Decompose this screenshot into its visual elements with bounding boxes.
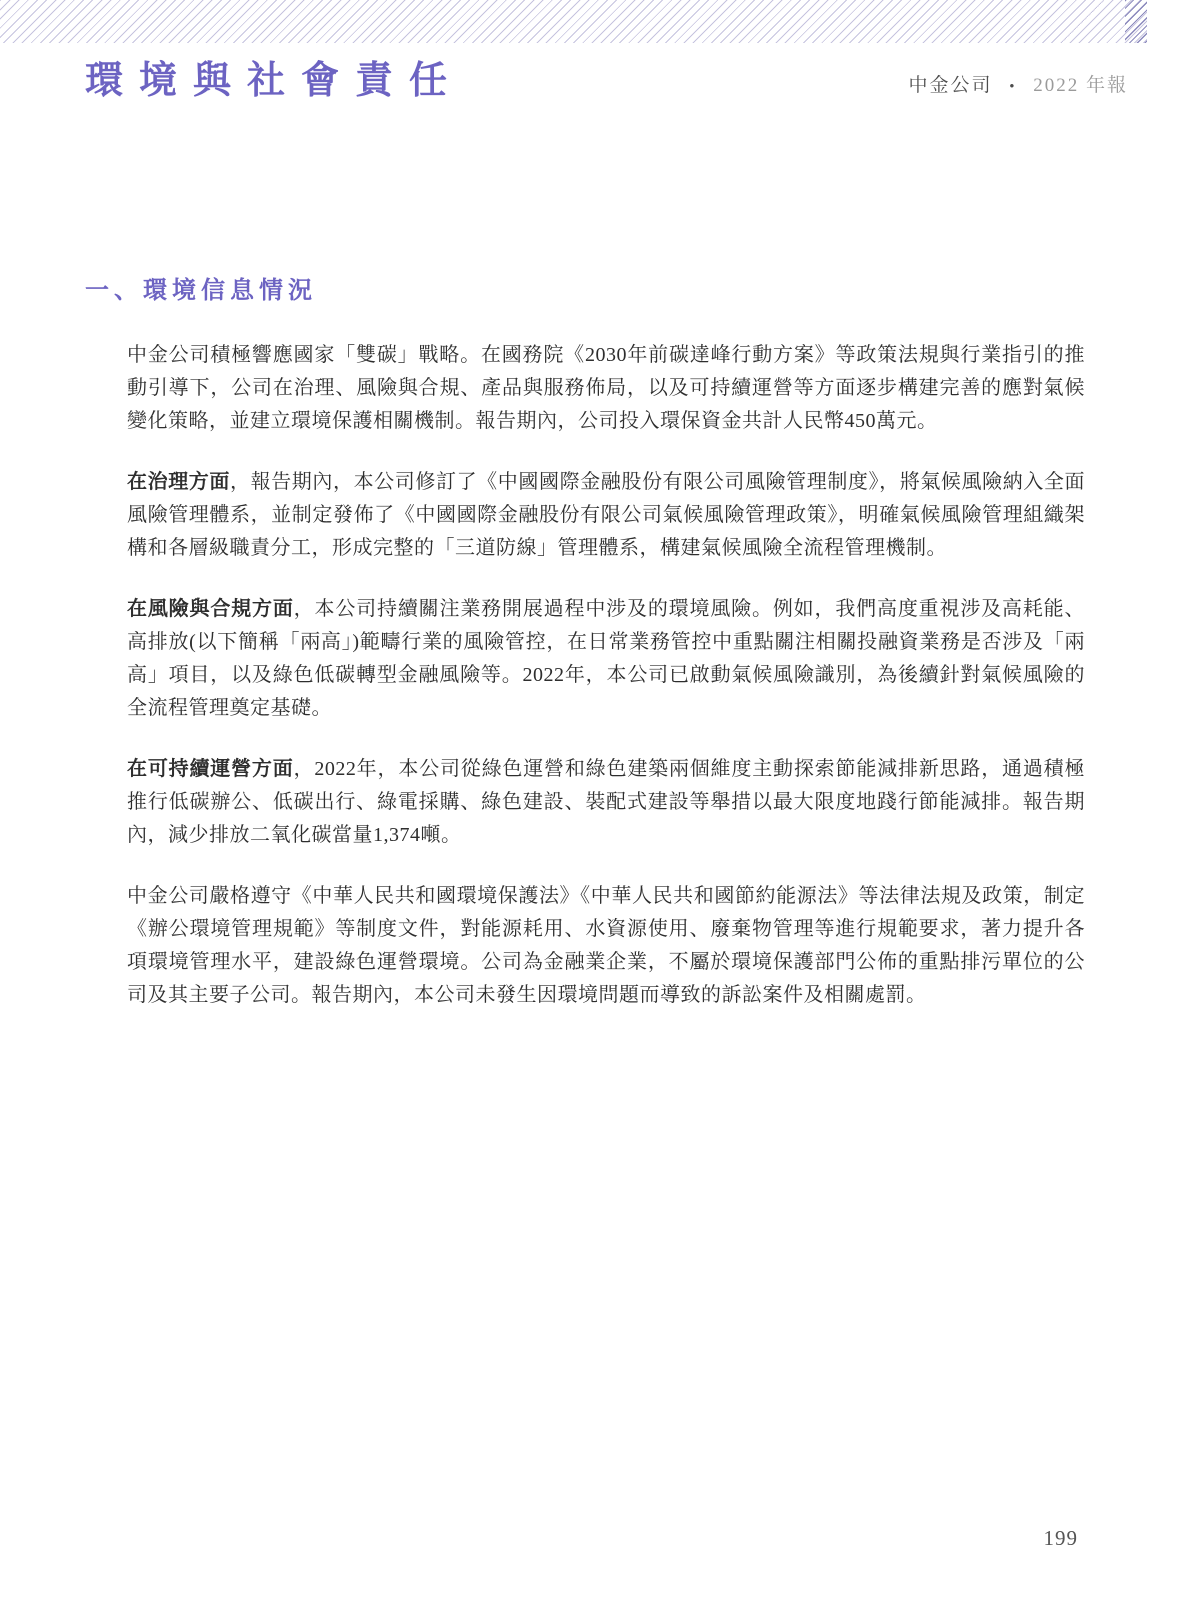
paragraph: 中金公司嚴格遵守《中華人民共和國環境保護法》《中華人民共和國節約能源法》等法律法… bbox=[127, 880, 1085, 1012]
paragraph-text: ，報告期內，本公司修訂了《中國國際金融股份有限公司風險管理制度》，將氣候風險納入… bbox=[127, 471, 1085, 559]
page-title: 環境與社會責任 bbox=[85, 56, 463, 106]
page-number: 199 bbox=[1044, 1526, 1079, 1551]
header-meta: 中金公司 • 2022 年報 bbox=[908, 70, 1128, 97]
report-page: 環境與社會責任 中金公司 • 2022 年報 一、環境信息情況 中金公司積極響應… bbox=[0, 0, 1190, 1615]
paragraph-lead-bold: 在治理方面 bbox=[127, 471, 230, 493]
paragraph-lead-bold: 在風險與合規方面 bbox=[127, 598, 294, 620]
body-paragraphs: 中金公司積極響應國家「雙碳」戰略。在國務院《2030年前碳達峰行動方案》等政策法… bbox=[127, 339, 1085, 1012]
company-name: 中金公司 bbox=[908, 75, 992, 96]
paragraph-lead-bold: 在可持續運營方面 bbox=[127, 758, 294, 780]
paragraph: 中金公司積極響應國家「雙碳」戰略。在國務院《2030年前碳達峰行動方案》等政策法… bbox=[127, 339, 1085, 438]
paragraph-text: 中金公司嚴格遵守《中華人民共和國環境保護法》《中華人民共和國節約能源法》等法律法… bbox=[127, 885, 1085, 1006]
hatch-pattern bbox=[0, 0, 1147, 43]
bullet-separator-icon: • bbox=[1009, 79, 1016, 95]
page-header: 環境與社會責任 中金公司 • 2022 年報 bbox=[85, 56, 1128, 106]
paragraph: 在可持續運營方面，2022年，本公司從綠色運營和綠色建築兩個維度主動探索節能減排… bbox=[127, 753, 1085, 852]
paragraph: 在風險與合規方面，本公司持續關注業務開展過程中涉及的環境風險。例如，我們高度重視… bbox=[127, 593, 1085, 725]
main-content: 一、環境信息情況 中金公司積極響應國家「雙碳」戰略。在國務院《2030年前碳達峰… bbox=[85, 270, 1085, 1040]
report-edition: 2022 年報 bbox=[1033, 75, 1128, 96]
paragraph: 在治理方面，報告期內，本公司修訂了《中國國際金融股份有限公司風險管理制度》，將氣… bbox=[127, 466, 1085, 565]
paragraph-text: 中金公司積極響應國家「雙碳」戰略。在國務院《2030年前碳達峰行動方案》等政策法… bbox=[127, 344, 1085, 432]
section-heading: 一、環境信息情況 bbox=[85, 270, 1085, 305]
